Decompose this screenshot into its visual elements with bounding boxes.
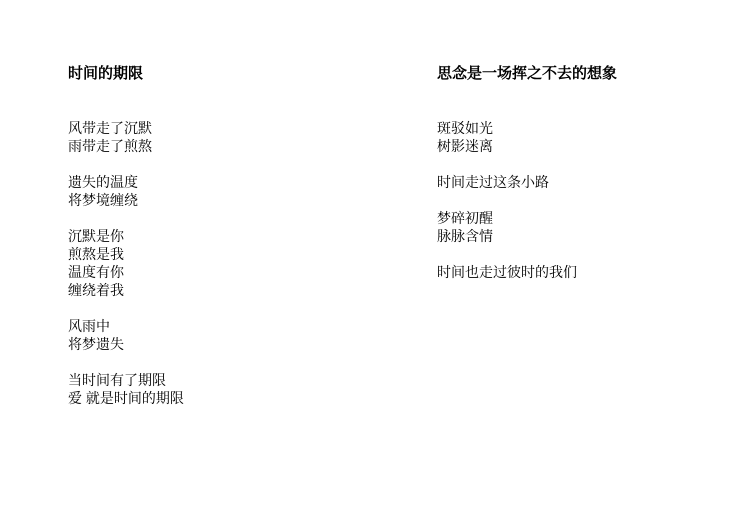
- poem-line: 树影迷离: [437, 137, 617, 155]
- poem-line: 风带走了沉默: [68, 119, 184, 137]
- stanza: 时间走过这条小路: [437, 173, 617, 191]
- poem-line: 将梦遗失: [68, 335, 184, 353]
- stanza: 遗失的温度将梦境缠绕: [68, 173, 184, 209]
- poem-line: 温度有你: [68, 263, 184, 281]
- poem-line: 脉脉含情: [437, 227, 617, 245]
- stanza: 梦碎初醒脉脉含情: [437, 209, 617, 245]
- poem-body-right: 斑驳如光树影迷离时间走过这条小路梦碎初醒脉脉含情时间也走过彼时的我们: [437, 119, 617, 281]
- poem-line: 梦碎初醒: [437, 209, 617, 227]
- poem-line: 时间也走过彼时的我们: [437, 263, 617, 281]
- poem-line: 煎熬是我: [68, 245, 184, 263]
- poem-title-left: 时间的期限: [68, 65, 184, 83]
- poem-column-right: 思念是一场挥之不去的想象 斑驳如光树影迷离时间走过这条小路梦碎初醒脉脉含情时间也…: [437, 65, 617, 281]
- poem-line: 时间走过这条小路: [437, 173, 617, 191]
- poem-title-right: 思念是一场挥之不去的想象: [437, 65, 617, 83]
- poem-line: 将梦境缠绕: [68, 191, 184, 209]
- poem-line: 沉默是你: [68, 227, 184, 245]
- poem-line: 风雨中: [68, 317, 184, 335]
- poem-line: 斑驳如光: [437, 119, 617, 137]
- poem-line: 缠绕着我: [68, 281, 184, 299]
- poem-line: 爱 就是时间的期限: [68, 389, 184, 407]
- poem-body-left: 风带走了沉默雨带走了煎熬遗失的温度将梦境缠绕沉默是你煎熬是我温度有你缠绕着我风雨…: [68, 119, 184, 407]
- stanza: 斑驳如光树影迷离: [437, 119, 617, 155]
- stanza: 时间也走过彼时的我们: [437, 263, 617, 281]
- stanza: 风带走了沉默雨带走了煎熬: [68, 119, 184, 155]
- document-page: 时间的期限 风带走了沉默雨带走了煎熬遗失的温度将梦境缠绕沉默是你煎熬是我温度有你…: [0, 0, 739, 522]
- poem-line: 遗失的温度: [68, 173, 184, 191]
- poem-line: 当时间有了期限: [68, 371, 184, 389]
- stanza: 风雨中将梦遗失: [68, 317, 184, 353]
- stanza: 当时间有了期限爱 就是时间的期限: [68, 371, 184, 407]
- poem-line: 雨带走了煎熬: [68, 137, 184, 155]
- stanza: 沉默是你煎熬是我温度有你缠绕着我: [68, 227, 184, 299]
- poem-column-left: 时间的期限 风带走了沉默雨带走了煎熬遗失的温度将梦境缠绕沉默是你煎熬是我温度有你…: [68, 65, 184, 407]
